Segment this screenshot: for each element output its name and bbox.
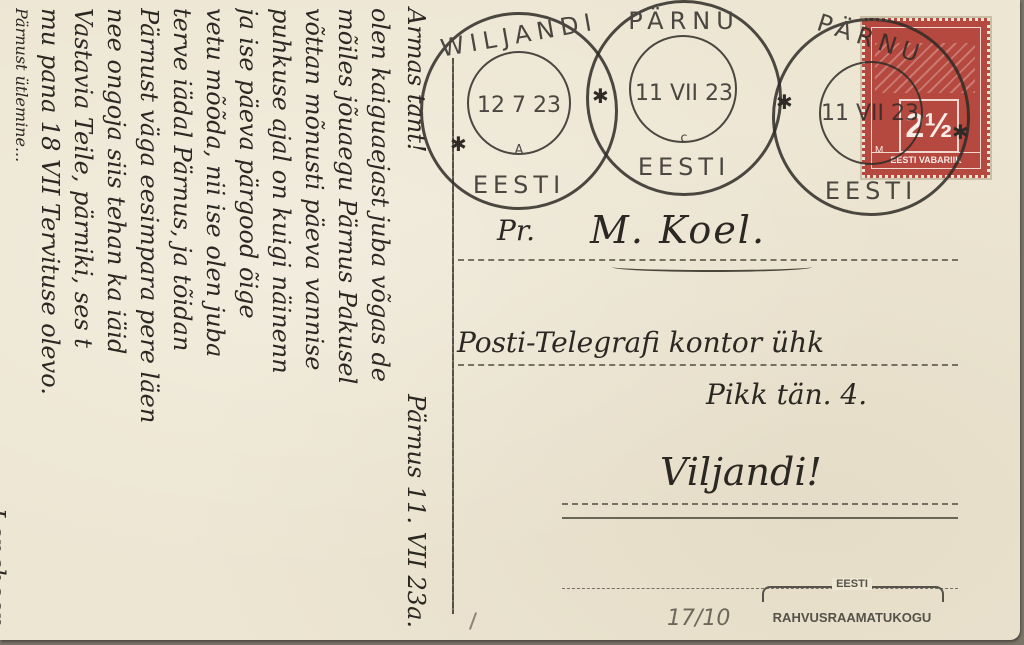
message-line: Pärnust ütlemine... (11, 8, 31, 628)
message-line: terve iädal Pärnus, ja tõidan (163, 8, 196, 628)
star-icon: ✱ (592, 84, 609, 108)
name-underline (612, 262, 812, 272)
recipient-prefix: Pr. (497, 214, 535, 247)
message-place-date: Pärnus 11. VII 23a. (394, 394, 430, 628)
postmark-parnu: PÄRNU 11 VII 23 c EESTI (586, 0, 782, 196)
recipient-city: Viljandi! (660, 450, 822, 494)
postmark-date: 11 VII 23 (589, 81, 779, 106)
message-area: Armas tant! Pärnus 11. VII 23a. olen kai… (0, 0, 445, 640)
message-line: puhkuse ajal on kuigi näinenn (262, 8, 295, 628)
message-signature: Lenaheer (0, 508, 10, 623)
pencil-mark (469, 612, 477, 630)
message-line: ja ise päeva pärgood õige (229, 8, 262, 628)
postmark-parnu-on-stamp: PÄRNU 11 VII 23 EESTI (772, 18, 970, 216)
shelfmark: 17/10 (667, 606, 730, 631)
star-icon: ✱ (450, 132, 467, 156)
message-line: nee ongoja siis tehan ka iäid (97, 8, 130, 628)
recipient-address-line1: Posti-Telegrafi kontor ühk (457, 326, 824, 359)
recipient-address-line2: Pikk tän. 4. (706, 378, 867, 411)
postmark-code: c (589, 131, 779, 146)
address-line (458, 364, 958, 366)
postcard: Armas tant! Pärnus 11. VII 23a. olen kai… (0, 0, 1020, 640)
postmark-date: 11 VII 23 (775, 101, 1013, 126)
address-line (562, 503, 958, 505)
library-stamp-bottom: RAHVUSRAAMATUKOGU (760, 610, 944, 625)
library-stamp-top: EESTI (832, 578, 872, 590)
message-line: mu pana 18 VII Tervituse olevo. (31, 8, 64, 628)
message-line: Vastavia Teile, pärniki, ses t (64, 8, 97, 628)
star-icon: ✱ (776, 90, 793, 114)
city-underline (562, 517, 958, 519)
address-line (458, 259, 958, 261)
postmark-country: EESTI (589, 153, 779, 181)
library-stamp: EESTI RAHVUSRAAMATUKOGU (760, 578, 944, 630)
postmark-country: EESTI (775, 177, 967, 205)
postmark-country: EESTI (423, 171, 615, 199)
postmark-town: PÄRNU (589, 7, 779, 35)
message-line: võttan mõnusti päeva vannise (295, 8, 328, 628)
message-line: mõiles jõuaegu Pärnus Pakusel (328, 8, 361, 628)
message-text: Armas tant! Pärnus 11. VII 23a. olen kai… (11, 8, 430, 628)
message-line: vetu mõõda, nii ise olen juba (196, 8, 229, 628)
message-line: olen kaiguaejast juba võgas de (361, 8, 394, 628)
recipient-name: M. Koel. (590, 208, 766, 252)
message-line: Pärnust väga eesimpara pere läen (130, 8, 163, 628)
star-icon: ✱ (952, 120, 969, 144)
